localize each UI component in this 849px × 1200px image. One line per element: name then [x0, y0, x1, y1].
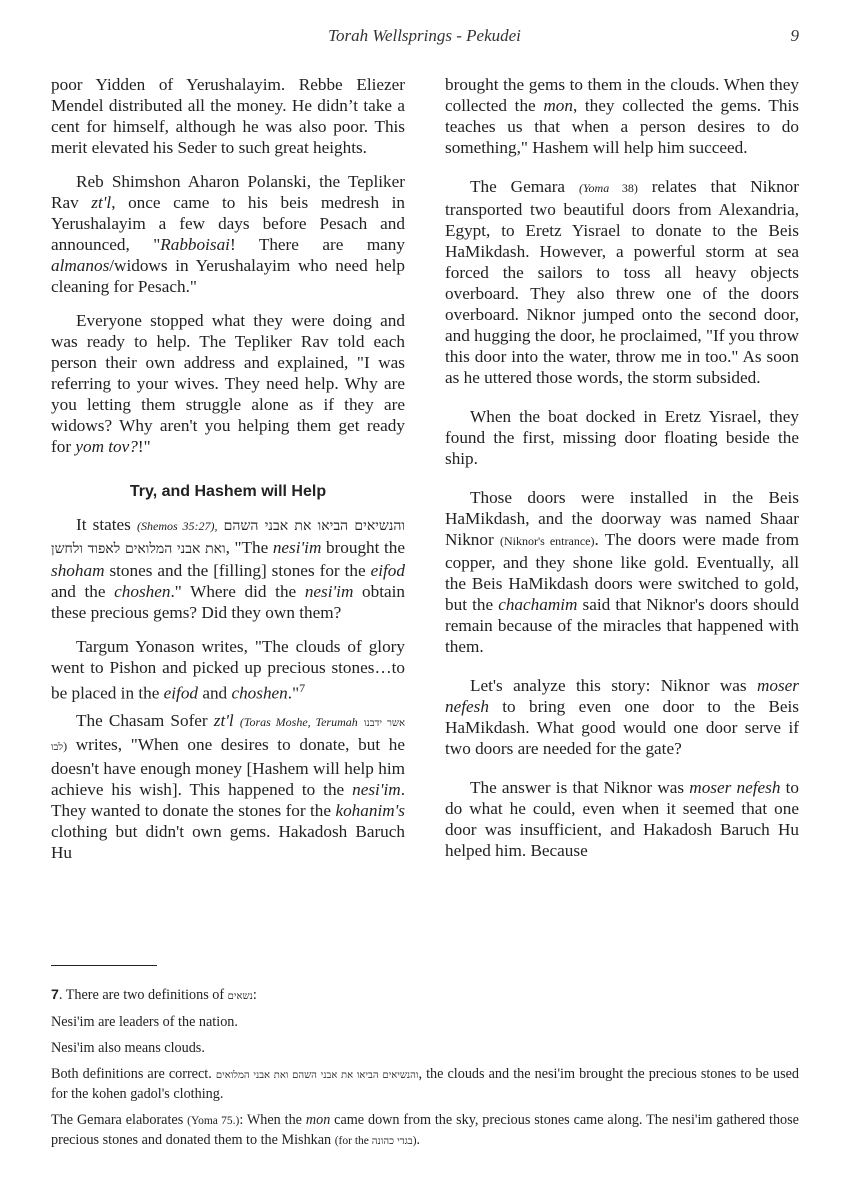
text: relates that Niknor transported two beau…: [445, 177, 799, 387]
running-title: Torah Wellsprings - Pekudei: [0, 26, 849, 46]
italic-term: nesi'im: [273, 538, 322, 557]
italic-term: mon: [306, 1112, 330, 1128]
page-header: Torah Wellsprings - Pekudei 9: [0, 26, 849, 50]
paragraph: poor Yidden of Yerushalayim. Rebbe Eliez…: [51, 74, 405, 158]
text: Everyone stopped what they were doing an…: [51, 311, 405, 456]
text: and the: [51, 582, 114, 601]
source-reference: (Niknor's entrance): [500, 534, 594, 548]
italic-term: kohanim's: [335, 801, 405, 820]
paragraph: When the boat docked in Eretz Yisrael, t…: [445, 406, 799, 469]
hebrew-word: בגדי כהונה: [372, 1136, 413, 1147]
hebrew-word: נשאים: [228, 991, 253, 1002]
italic-term: moser nefesh: [689, 778, 780, 797]
text: stones and the [filling] stones for the: [104, 561, 370, 580]
text: ." Where did the: [170, 582, 304, 601]
italic-term: eifod: [164, 684, 198, 703]
footnote-7: 7. There are two definitions of נשאים:: [51, 986, 799, 1006]
paragraph: Let's analyze this story: Niknor was mos…: [445, 675, 799, 759]
footnote-marker[interactable]: 7: [299, 681, 305, 695]
text: and: [198, 684, 231, 703]
text: : When the: [239, 1112, 306, 1128]
section-heading: Try, and Hashem will Help: [51, 481, 405, 502]
text: :: [253, 987, 257, 1003]
text: It states: [76, 515, 137, 534]
text: brought the: [321, 538, 405, 557]
text: .: [417, 1132, 421, 1148]
italic-term: zt'l: [91, 193, 111, 212]
text: The Gemara elaborates: [51, 1112, 187, 1128]
text: The Gemara: [470, 177, 579, 196]
paragraph: Reb Shimshon Aharon Polanski, the Teplik…: [51, 171, 405, 297]
paragraph: Targum Yonason writes, "The clouds of gl…: [51, 636, 405, 704]
footnote-number: 7: [51, 987, 59, 1003]
text: clothing but didn't own gems. Hakadosh B…: [51, 822, 405, 862]
italic-term: shoham: [51, 561, 104, 580]
paragraph: The Chasam Sofer zt'l (Toras Moshe, Teru…: [51, 710, 405, 863]
footnote-line: The Gemara elaborates (Yoma 75.): When t…: [51, 1111, 799, 1151]
source-reference: (Yoma 38): [579, 181, 638, 195]
footnote-line: Both definitions are correct. והנשיאים ה…: [51, 1065, 799, 1104]
footnote-line: Nesi'im are leaders of the nation.: [51, 1013, 799, 1032]
footnotes: 7. There are two definitions of נשאים: N…: [51, 986, 799, 1158]
italic-term: nesi'im: [305, 582, 354, 601]
italic-term: nesi'im: [352, 780, 401, 799]
italic-term: almanos: [51, 256, 109, 275]
text: ! There are many: [230, 235, 405, 254]
text: Let's analyze this story: Niknor was: [470, 676, 757, 695]
text: .": [288, 684, 299, 703]
hebrew-quote: והנשיאים הביאו את אבני השהם ואת אבני המל…: [216, 1070, 419, 1081]
source-reference: (Shemos 35:27),: [137, 519, 218, 533]
source-reference: (Toras Moshe, Terumah: [240, 715, 358, 729]
paragraph: brought the gems to them in the clouds. …: [445, 74, 799, 158]
paragraph: The answer is that Niknor was moser nefe…: [445, 777, 799, 861]
paragraph: Those doors were installed in the Beis H…: [445, 487, 799, 657]
italic-term: choshen: [231, 684, 287, 703]
source-reference: (Yoma 75.): [187, 1115, 239, 1127]
text: to bring even one door to the Beis HaMik…: [445, 697, 799, 758]
italic-term: eifod: [371, 561, 405, 580]
left-column: poor Yidden of Yerushalayim. Rebbe Eliez…: [51, 74, 405, 876]
text: The answer is that Niknor was: [470, 778, 689, 797]
italic-term: zt'l: [214, 711, 234, 730]
italic-term: Rabboisai: [160, 235, 230, 254]
paragraph: It states (Shemos 35:27), והנשיאים הביאו…: [51, 514, 405, 623]
paragraph: The Gemara (Yoma 38) relates that Niknor…: [445, 176, 799, 388]
text: . There are two definitions of: [59, 987, 228, 1003]
footnote-divider: [51, 965, 157, 966]
text: !": [138, 437, 151, 456]
right-column: brought the gems to them in the clouds. …: [445, 74, 799, 874]
paragraph: Everyone stopped what they were doing an…: [51, 310, 405, 457]
italic-term: mon: [543, 96, 573, 115]
footnote-line: Nesi'im also means clouds.: [51, 1039, 799, 1058]
text: , "The: [226, 538, 273, 557]
page-number: 9: [791, 26, 800, 46]
text: The Chasam Sofer: [76, 711, 214, 730]
italic-term: yom tov?: [75, 437, 138, 456]
text: (for the: [335, 1135, 372, 1147]
text: Both definitions are correct.: [51, 1066, 216, 1082]
italic-term: chachamim: [498, 595, 577, 614]
italic-term: choshen: [114, 582, 170, 601]
